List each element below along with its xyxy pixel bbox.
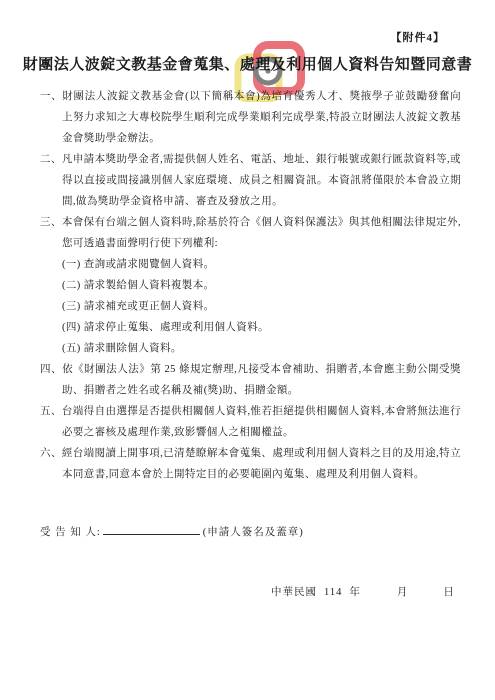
sub-item-marker: (一) — [62, 259, 81, 270]
date-year-unit: 年 — [349, 587, 361, 598]
signature-note: (申請人簽名及蓋章) — [203, 527, 304, 538]
document-body: 一、財團法人波錠文教基金會(以下簡稱本會)為培育優秀人才、獎掖學子並鼓勵發奮向上… — [40, 86, 461, 485]
date-row: 中華民國114年月日 — [271, 585, 455, 601]
date-era: 中華民國 — [271, 587, 317, 598]
item-marker: 五、 — [40, 406, 62, 417]
sub-item-marker: (二) — [62, 280, 81, 291]
right-item-4: (四)請求停止蒐集、處理或利用個人資料。 — [62, 317, 461, 338]
item-text: 依《財團法人法》第 25 條規定辦理,凡接受本會補助、捐贈者,本會應主動公開受獎… — [62, 364, 461, 396]
item-text: 凡申請本獎助學金者,需提供個人姓名、電話、地址、銀行帳號或銀行匯款資料等,或得以… — [62, 154, 461, 207]
sub-item-text: 請求停止蒐集、處理或利用個人資料。 — [84, 322, 269, 333]
consent-item-6: 六、經台端閱讀上開事項,已清楚瞭解本會蒐集、處理或利用個人資料之目的及用途,特立… — [40, 443, 461, 485]
document-page: 【附件4】 財團法人波錠文教基金會蒐集、處理及利用個人資料告知暨同意書 一、財團… — [0, 0, 495, 700]
consent-item-2: 二、凡申請本獎助學金者,需提供個人姓名、電話、地址、銀行帳號或銀行匯款資料等,或… — [40, 149, 461, 212]
signature-blank-line — [103, 522, 200, 535]
item-text: 台端得自由選擇是否提供相關個人資料,惟若拒絕提供相關個人資料,本會將無法進行必要… — [62, 406, 461, 438]
item-marker: 一、 — [40, 91, 62, 102]
item-text: 財團法人波錠文教基金會(以下簡稱本會)為培育優秀人才、獎掖學子並鼓勵發奮向上努力… — [62, 91, 461, 144]
date-month-unit: 月 — [397, 587, 409, 598]
document-title: 財團法人波錠文教基金會蒐集、處理及利用個人資料告知暨同意書 — [0, 53, 495, 74]
item-text: 本會保有台端之個人資料時,除基於符合《個人資料保護法》與其他相關法律規定外,您可… — [62, 217, 461, 249]
consent-item-4: 四、依《財團法人法》第 25 條規定辦理,凡接受本會補助、捐贈者,本會應主動公開… — [40, 359, 461, 401]
sub-item-marker: (五) — [62, 343, 81, 354]
sub-item-text: 請求製給個人資料複製本。 — [84, 280, 215, 291]
sub-item-text: 請求刪除個人資料。 — [84, 343, 182, 354]
item-marker: 三、 — [40, 217, 62, 228]
consent-item-3: 三、本會保有台端之個人資料時,除基於符合《個人資料保護法》與其他相關法律規定外,… — [40, 212, 461, 254]
sub-item-text: 查詢或請求閱覽個人資料。 — [84, 259, 215, 270]
right-item-2: (二)請求製給個人資料複製本。 — [62, 275, 461, 296]
sub-item-marker: (四) — [62, 322, 81, 333]
consent-item-5: 五、台端得自由選擇是否提供相關個人資料,惟若拒絕提供相關個人資料,本會將無法進行… — [40, 401, 461, 443]
item-marker: 二、 — [40, 154, 62, 165]
item-text: 經台端閱讀上開事項,已清楚瞭解本會蒐集、處理或利用個人資料之目的及用途,特立本同… — [62, 448, 461, 480]
item-marker: 四、 — [40, 364, 62, 375]
sub-item-marker: (三) — [62, 301, 81, 312]
attachment-tag: 【附件4】 — [391, 29, 446, 45]
item-marker: 六、 — [40, 448, 62, 459]
consent-item-1: 一、財團法人波錠文教基金會(以下簡稱本會)為培育優秀人才、獎掖學子並鼓勵發奮向上… — [40, 86, 461, 149]
date-year: 114 — [324, 587, 342, 598]
sub-item-text: 請求補充或更正個人資料。 — [84, 301, 215, 312]
right-item-1: (一)查詢或請求閱覽個人資料。 — [62, 254, 461, 275]
date-day-unit: 日 — [443, 587, 455, 598]
right-item-5: (五)請求刪除個人資料。 — [62, 338, 461, 359]
signature-label: 受 告 知 人: — [40, 527, 101, 538]
signature-row: 受 告 知 人:(申請人簽名及蓋章) — [40, 522, 304, 542]
right-item-3: (三)請求補充或更正個人資料。 — [62, 296, 461, 317]
